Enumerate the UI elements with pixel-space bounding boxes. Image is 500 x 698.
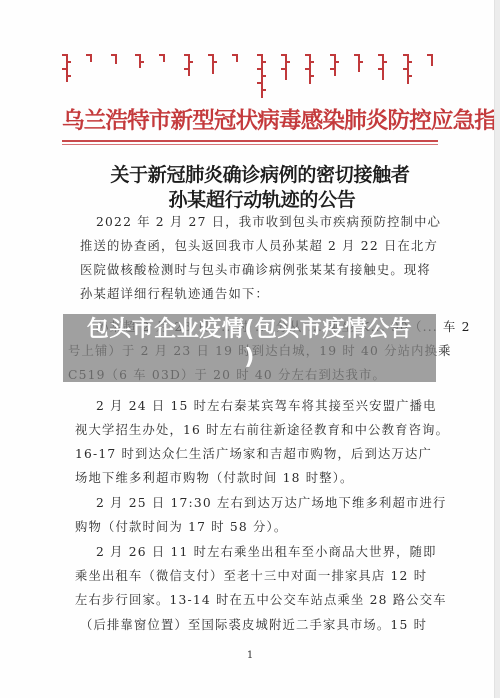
paragraph-3-line-4: 场地下维多利超市购物（付款时间 18 时整）。 (75, 470, 435, 486)
paragraph-3-line-2: 视大学招生办处，16 时左右前往新途径教育和中公教育咨询。 (75, 422, 435, 438)
paragraph-5-line-4: （后排靠窗位置）至国际裘皮城附近二手家具市场。15 时 (80, 617, 440, 633)
mongolian-glyph-column (184, 52, 194, 78)
mongolian-glyph-column (232, 52, 242, 64)
caption-line-1: 包头市企业疫情(包头市疫情公告 (63, 316, 436, 344)
paragraph-5-line-2: 乘坐出租车（微信支付）至老十三中对面一排家具店 12 时 (75, 568, 435, 584)
mongolian-glyph-column (281, 52, 291, 82)
mongolian-glyph-column (354, 52, 364, 74)
paragraph-4-line-2: 购物（付款时间为 17 时 58 分）。 (75, 519, 435, 535)
mongolian-glyph-column (305, 52, 315, 86)
paragraph-4-line-1: 2 月 25 日 17:30 左右到达万达广场地下维多利超市进行 (96, 495, 456, 511)
page-edge-shadow (494, 0, 500, 698)
paragraph-5-line-3: 左右步行回家。13-14 时在五中公交车站点乘坐 28 路公交车 (75, 592, 435, 608)
paragraph-5-line-1: 2 月 26 日 11 时左右乘坐出租车至小商品大世界，随即 (96, 544, 456, 560)
red-divider-thin (62, 144, 438, 145)
organization-title: 乌兰浩特市新型冠状病毒感染肺炎防控应急指挥部 (62, 106, 438, 136)
mongolian-glyph-column (62, 52, 72, 84)
mongolian-glyph-column (257, 52, 267, 100)
paragraph-1-line-1: 2022 年 2 月 27 日，我市收到包头市疾病预防控制中心 (96, 214, 456, 230)
mongolian-glyph-column (403, 52, 413, 86)
paragraph-3-line-1: 2 月 24 日 15 时左右秦某宾驾车将其接至兴安盟广播电 (96, 398, 456, 414)
red-divider-thick (62, 140, 438, 142)
mongolian-glyph-column (159, 52, 169, 64)
mongolian-glyph-column (208, 52, 218, 76)
mongolian-glyph-column (427, 52, 437, 68)
mongolian-glyph-column (111, 52, 121, 66)
mongolian-script-header (62, 52, 437, 100)
caption-overlay-text: 包头市企业疫情(包头市疫情公告 ) (63, 316, 436, 372)
mongolian-glyph-column (86, 52, 96, 64)
paragraph-3-line-3: 16-17 时到达众仁生活广场家和吉超市购物，后到达万达广 (75, 446, 435, 462)
mongolian-glyph-column (378, 52, 388, 82)
page-number: 1 (240, 650, 260, 661)
paragraph-1-line-2: 推送的协查函，包头返回我市人员孙某超 2 月 22 日在北方 (80, 238, 440, 254)
document-title-line-1: 关于新冠肺炎确诊病例的密切接触者 (60, 160, 460, 187)
mongolian-glyph-column (330, 52, 340, 78)
paragraph-1-line-3: 医院做核酸检测时与包头市确诊病例张某某有接触史。现将 (80, 262, 440, 278)
paragraph-1-line-4: 孙某超详细行程轨迹通告如下： (80, 286, 440, 302)
mongolian-glyph-column (135, 52, 145, 70)
caption-line-2: ) (63, 344, 436, 372)
document-title-line-2: 孙某超行动轨迹的公告 (62, 185, 462, 212)
